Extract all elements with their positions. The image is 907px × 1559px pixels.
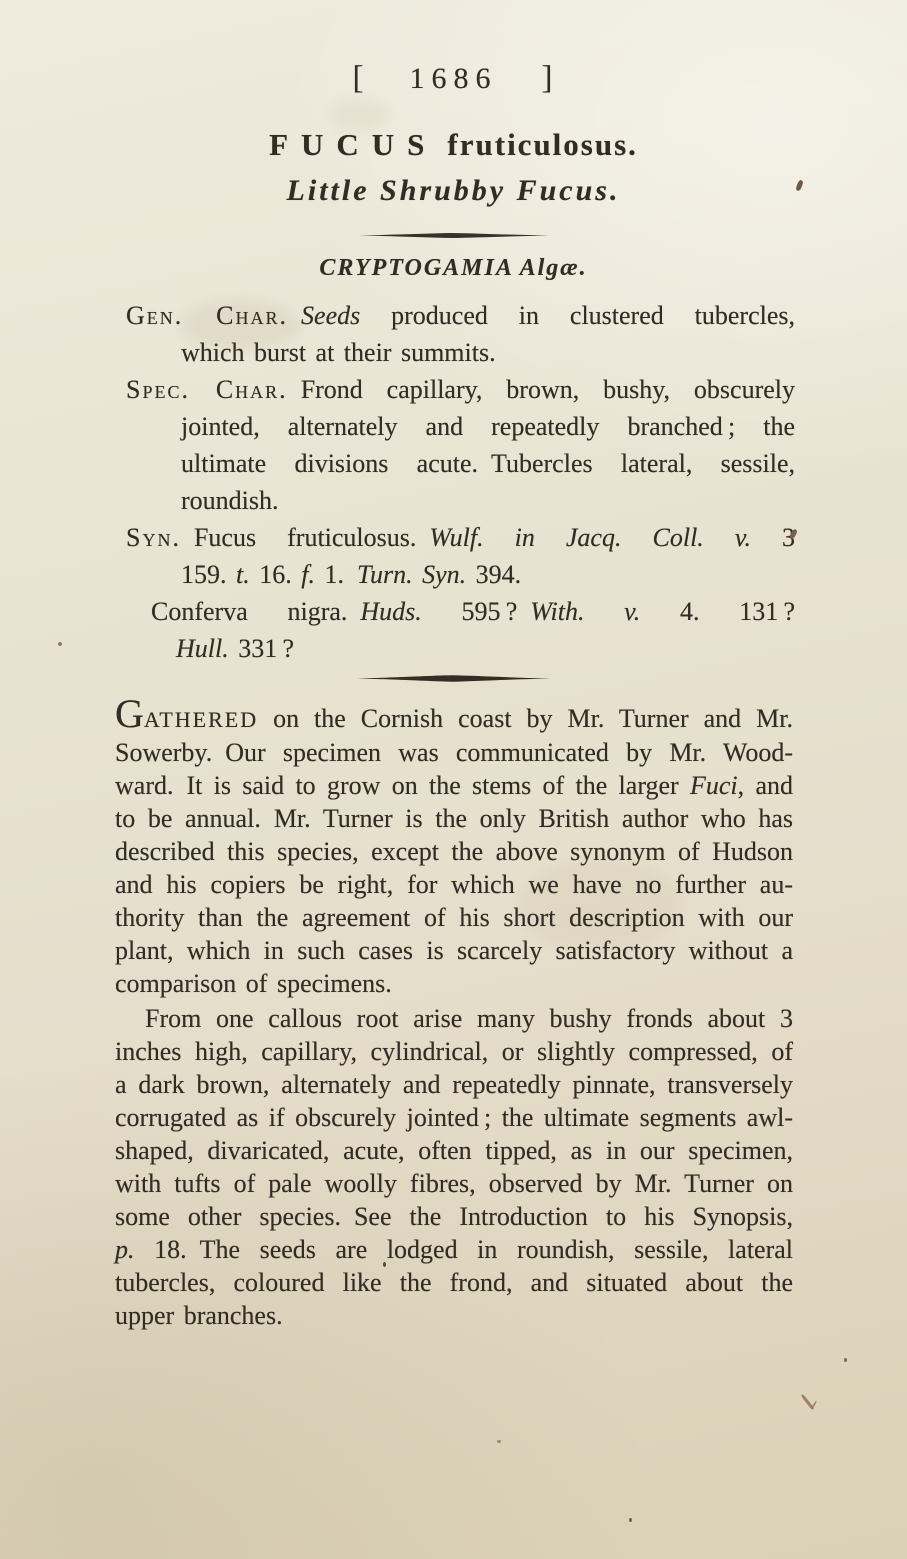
text-line: some other species. See the Introduction… <box>115 1200 793 1233</box>
text-line: plant, which in such cases is scarcely s… <box>115 934 793 967</box>
text-line: which burst at their summits. <box>113 334 795 371</box>
text-line: comparison of specimens. <box>115 967 793 1000</box>
text-line: thority than the agreement of his short … <box>115 901 793 934</box>
text-line: Syn. Fucus fruticulosus. Wulf. in Jacq. … <box>113 519 795 556</box>
genus-name: FUCUS <box>269 127 437 162</box>
text-line: Conferva nigra. Huds. 595 ? With. v. 4. … <box>113 593 795 630</box>
text-line: shaped, divaricated, acute, often tipped… <box>115 1134 793 1167</box>
text-segment: Huds. <box>360 597 421 626</box>
text-segment: Fuci <box>690 771 738 800</box>
text-segment: to be annual. Mr. Turner is the only Bri… <box>115 804 793 833</box>
text-segment: Conferva nigra. <box>151 597 360 626</box>
text-line: tubercles, coloured like the frond, and … <box>115 1266 793 1299</box>
text-line: 159. t. 16. f. 1. Turn. Syn. 394. <box>113 556 795 593</box>
text-line: ward. It is said to grow on the stems of… <box>115 769 793 802</box>
text-segment: a dark brown, alternately and repeatedly… <box>115 1070 793 1099</box>
text-segment: Wulf. in Jacq. Coll. v. <box>429 523 751 552</box>
text-segment: p. <box>115 1235 135 1264</box>
text-line: From one callous root arise many bushy f… <box>115 1002 793 1035</box>
species-title: FUCUSfruticulosus. <box>0 127 907 163</box>
text-segment: f. <box>301 560 315 589</box>
text-line: and his copiers be right, for which we h… <box>115 868 793 901</box>
text-segment: Fucus fruticulosus. <box>181 523 429 552</box>
text-segment: comparison of specimens. <box>115 969 392 998</box>
text-segment: 159. <box>181 560 236 589</box>
text-line: a dark brown, alternately and repeatedly… <box>115 1068 793 1101</box>
text-segment: tubercles, coloured like the frond, and … <box>115 1268 793 1297</box>
text-segment: which burst at their summits. <box>181 338 496 367</box>
text-segment: G <box>115 691 144 736</box>
text-segment: 331 ? <box>229 634 294 663</box>
paper-speck <box>58 642 62 646</box>
page-number-line: [1686] <box>0 60 907 97</box>
species-epithet: fruticulosus. <box>447 127 638 162</box>
text-segment: on the Cornish coast by Mr. Turner and M… <box>258 704 793 733</box>
text-segment: upper branches. <box>115 1301 283 1330</box>
text-segment: Hull. <box>176 634 229 663</box>
text-segment: 1. <box>315 560 357 589</box>
text-line: roundish. <box>113 482 795 519</box>
text-segment: Turn. Syn. <box>357 560 466 589</box>
page-number: 1686 <box>410 62 498 95</box>
paper-speck <box>844 1358 847 1362</box>
text-segment: 18. The seeds are lodged in roundish, se… <box>135 1235 794 1264</box>
text-segment: some other species. See the Introduction… <box>115 1202 793 1231</box>
text-line: Sowerby. Our specimen was communicated b… <box>115 736 793 769</box>
text-line: p. 18. The seeds are lodged in roundish,… <box>115 1233 793 1266</box>
section-divider-rule <box>0 671 907 689</box>
label-text: Spec. Char. <box>126 375 288 404</box>
book-page: [1686] FUCUSfruticulosus. Little Shrubby… <box>0 0 907 1559</box>
text-segment <box>288 301 301 330</box>
text-segment: ultimate divisions acute. Tubercles late… <box>181 449 795 478</box>
text-segment: jointed, alternately and repeatedly bran… <box>181 412 795 441</box>
paper-fiber <box>801 1394 814 1410</box>
section-divider-rule <box>0 227 907 245</box>
label-text: Syn. <box>126 523 181 552</box>
common-name: Little Shrubby Fucus. <box>0 174 907 208</box>
text-line: Hull. 331 ? <box>113 630 795 667</box>
text-segment: 4. 131 ? <box>640 597 795 626</box>
text-segment: plant, which in such cases is scarcely s… <box>115 936 793 965</box>
bracket-right: ] <box>542 60 555 96</box>
paper-speck <box>629 1518 632 1522</box>
text-line: described this species, except the above… <box>115 835 793 868</box>
text-segment: shaped, divaricated, acute, often tipped… <box>115 1136 793 1165</box>
characters-section: Gen. Char. Seeds produced in clustered t… <box>113 297 795 667</box>
text-segment: inches high, capillary, cylindrical, or … <box>115 1037 793 1066</box>
text-segment: roundish. <box>181 486 279 515</box>
text-line: inches high, capillary, cylindrical, or … <box>115 1035 793 1068</box>
paper-fiber <box>811 1400 818 1410</box>
text-line: Gen. Char. Seeds produced in clustered t… <box>113 297 795 334</box>
text-segment: With. v. <box>530 597 640 626</box>
text-segment: ATHERED <box>144 707 258 732</box>
text-segment: t. <box>236 560 250 589</box>
text-line: corrugated as if obscurely jointed ; the… <box>115 1101 793 1134</box>
text-line: ultimate divisions acute. Tubercles late… <box>113 445 795 482</box>
text-segment: ward. It is said to grow on the stems of… <box>115 771 690 800</box>
paragraph-gathered: GATHERED on the Cornish coast by Mr. Tur… <box>115 702 793 1000</box>
classification-line: CRYPTOGAMIA Algæ. <box>0 255 907 282</box>
text-segment: corrugated as if obscurely jointed ; the… <box>115 1103 793 1132</box>
text-segment: described this species, except the above… <box>115 837 793 866</box>
label-text: Gen. Char. <box>126 301 288 330</box>
paper-speck <box>497 1440 501 1443</box>
bracket-left: [ <box>353 60 366 96</box>
text-segment: thority than the agreement of his short … <box>115 903 793 932</box>
text-line: jointed, alternately and repeatedly bran… <box>113 408 795 445</box>
text-line: with tufts of pale woolly fibres, observ… <box>115 1167 793 1200</box>
paragraph-description: From one callous root arise many bushy f… <box>115 1002 793 1332</box>
text-segment: Frond capillary, brown, bushy, obscurely <box>288 375 795 404</box>
text-segment: Sowerby. Our specimen was communicated b… <box>115 738 793 767</box>
text-segment: 16. <box>250 560 302 589</box>
text-segment: Seeds <box>301 301 360 330</box>
text-segment: and his copiers be right, for which we h… <box>115 870 793 899</box>
text-segment: 3 <box>751 523 795 552</box>
text-line: Spec. Char. Frond capillary, brown, bush… <box>113 371 795 408</box>
text-segment: 394. <box>466 560 521 589</box>
text-segment: with tufts of pale woolly fibres, observ… <box>115 1169 793 1198</box>
text-segment: , and <box>738 771 793 800</box>
text-line: to be annual. Mr. Turner is the only Bri… <box>115 802 793 835</box>
text-line: GATHERED on the Cornish coast by Mr. Tur… <box>115 702 793 736</box>
paper-smudge <box>330 100 390 130</box>
text-segment: 595 ? <box>422 597 530 626</box>
text-segment: produced in clustered tubercles, <box>360 301 795 330</box>
text-segment: From one callous root arise many bushy f… <box>145 1004 793 1033</box>
text-line: upper branches. <box>115 1299 793 1332</box>
